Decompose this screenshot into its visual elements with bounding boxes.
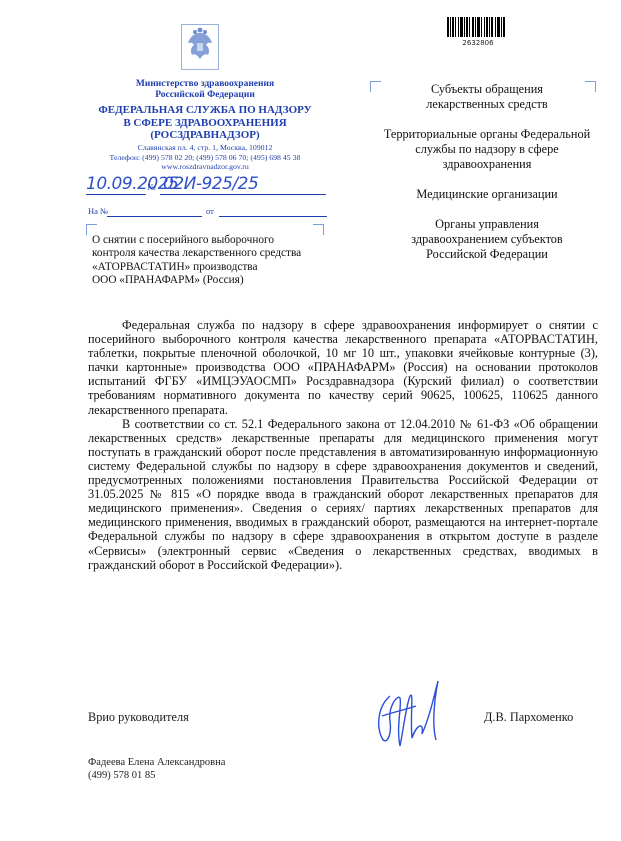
executor-name: Фадеева Елена Александровна (88, 756, 225, 769)
service-line: В СФЕРЕ ЗДРАВООХРАНЕНИЯ (80, 117, 330, 130)
subject-line: контроля качества лекарственного средств… (92, 247, 322, 260)
date-underline (86, 194, 146, 195)
registration-number: 02И-925/25 (163, 174, 258, 194)
service-line: (РОСЗДРАВНАДЗОР) (80, 129, 330, 142)
recipient: Территориальные органы Федеральной служб… (370, 127, 604, 172)
website: www.roszdravnadzor.gov.ru (80, 162, 330, 172)
coat-of-arms-icon (181, 24, 219, 70)
phones: Телефон: (499) 578 02 20; (499) 578 06 7… (80, 153, 330, 163)
number-sign: № (147, 182, 156, 192)
ministry-line: Российской Федерации (80, 90, 330, 101)
body-paragraph: Федеральная служба по надзору в сфере зд… (88, 318, 598, 417)
service-line: ФЕДЕРАЛЬНАЯ СЛУЖБА ПО НАДЗОРУ (80, 104, 330, 117)
executor: Фадеева Елена Александровна (499) 578 01… (88, 756, 225, 782)
subject-line: ООО «ПРАНАФАРМ» (Россия) (92, 274, 322, 287)
ref-number-line (107, 216, 202, 217)
body-paragraph: В соответствии со ст. 52.1 Федерального … (88, 417, 598, 572)
recipient: Медицинские организации (370, 187, 604, 202)
ministry-name: Министерство здравоохранения Российской … (80, 79, 330, 101)
recipient: Органы управления здравоохранением субъе… (370, 217, 604, 262)
letter-body: Федеральная служба по надзору в сфере зд… (88, 318, 598, 572)
ref-date-line (219, 216, 327, 217)
subject: О снятии с посерийного выборочного контр… (92, 234, 322, 287)
subject-line: О снятии с посерийного выборочного (92, 234, 322, 247)
subject-line: «АТОРВАСТАТИН» производства (92, 261, 322, 274)
signatory-name: Д.В. Пархоменко (484, 710, 573, 725)
ministry-line: Министерство здравоохранения (80, 79, 330, 90)
address: Славянская пл. 4, стр. 1, Москва, 109012 (80, 143, 330, 153)
barcode (447, 17, 509, 37)
ref-date-label: от (206, 206, 214, 216)
ref-number-label: На № (88, 206, 108, 216)
signatory-role: Врио руководителя (88, 710, 189, 725)
recipients: Субъекты обращения лекарственных средств… (370, 82, 604, 277)
handwritten-signature-icon (370, 676, 460, 756)
recipient: Субъекты обращения лекарственных средств (370, 82, 604, 112)
number-underline (160, 194, 326, 195)
contact-block: Славянская пл. 4, стр. 1, Москва, 109012… (80, 143, 330, 172)
barcode-number: 2632806 (447, 39, 509, 47)
service-name: ФЕДЕРАЛЬНАЯ СЛУЖБА ПО НАДЗОРУ В СФЕРЕ ЗД… (80, 104, 330, 142)
executor-phone: (499) 578 01 85 (88, 769, 225, 782)
